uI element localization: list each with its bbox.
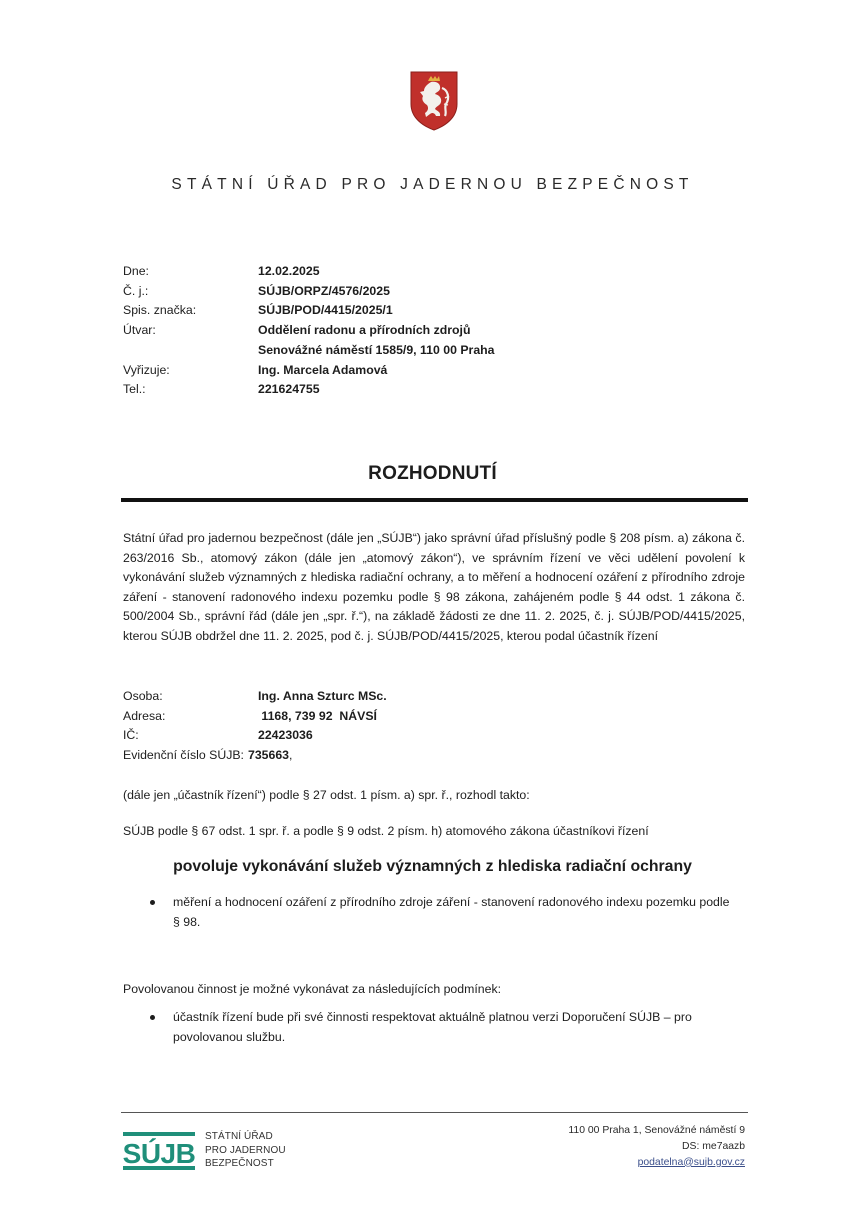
info-row-phone: Tel.: 221624755 — [123, 380, 683, 400]
info-label — [123, 341, 258, 361]
info-label: IČ: — [123, 726, 258, 746]
info-label: Č. j.: — [123, 282, 258, 302]
condition-item-text: účastník řízení bude při své činnosti re… — [173, 1010, 692, 1044]
list-item: měření a hodnocení ozáření z přírodního … — [150, 893, 730, 932]
decided-text: (dále jen „účastník řízení“) podle § 27 … — [123, 786, 745, 806]
intro-paragraph: Státní úřad pro jadernou bezpečnost (dál… — [123, 529, 745, 647]
heading-divider — [121, 498, 748, 502]
office-title: STÁTNÍ ÚŘAD PRO JADERNOU BEZPEČNOST — [0, 176, 865, 194]
conditions-list: účastník řízení bude při své činnosti re… — [150, 1008, 730, 1047]
conditions-intro: Povolovanou činnost je možné vykonávat z… — [123, 980, 745, 1000]
party-registry-number: 735663 — [248, 746, 289, 766]
org-line: BEZPEČNOST — [205, 1157, 286, 1171]
footer-org-name: STÁTNÍ ÚŘAD PRO JADERNOU BEZPEČNOST — [205, 1130, 286, 1171]
info-row-handler: Vyřizuje: Ing. Marcela Adamová — [123, 361, 683, 381]
info-value-handler: Ing. Marcela Adamová — [258, 361, 387, 381]
info-value-department-address: Senovážné náměstí 1585/9, 110 00 Praha — [258, 341, 495, 361]
party-ic: 22423036 — [258, 726, 313, 746]
info-label: Spis. značka: — [123, 301, 258, 321]
document-header-info: Dne: 12.02.2025 Č. j.: SÚJB/ORPZ/4576/20… — [123, 262, 683, 400]
info-label: Dne: — [123, 262, 258, 282]
bullet-icon — [150, 900, 155, 905]
info-label: Adresa: — [123, 707, 258, 727]
sujb-logo-icon: SÚJB — [123, 1132, 195, 1170]
info-value-date: 12.02.2025 — [258, 262, 320, 282]
info-label: Osoba: — [123, 687, 258, 707]
info-value-phone: 221624755 — [258, 380, 320, 400]
info-value-reference: SÚJB/ORPZ/4576/2025 — [258, 282, 390, 302]
bullet-icon — [150, 1015, 155, 1020]
logo-text: SÚJB — [123, 1138, 195, 1169]
permit-item-text: měření a hodnocení ozáření z přírodního … — [173, 895, 729, 929]
info-value-department: Oddělení radonu a přírodních zdrojů — [258, 321, 470, 341]
list-item: účastník řízení bude při své činnosti re… — [150, 1008, 730, 1047]
info-label: Útvar: — [123, 321, 258, 341]
info-row-department-address: Senovážné náměstí 1585/9, 110 00 Praha — [123, 341, 683, 361]
footer-data-box: DS: me7aazb — [480, 1139, 745, 1155]
permit-list: měření a hodnocení ozáření z přírodního … — [150, 893, 730, 932]
info-row-reference: Č. j.: SÚJB/ORPZ/4576/2025 — [123, 282, 683, 302]
footer-address: 110 00 Praha 1, Senovážné náměstí 9 — [480, 1123, 745, 1139]
footer-email-link[interactable]: podatelna@sujb.gov.cz — [638, 1157, 745, 1168]
info-row-department: Útvar: Oddělení radonu a přírodních zdro… — [123, 321, 683, 341]
decision-heading: ROZHODNUTÍ — [0, 463, 865, 485]
permits-heading: povoluje vykonávání služeb významných z … — [0, 858, 865, 876]
info-row-date: Dne: 12.02.2025 — [123, 262, 683, 282]
basis-text: SÚJB podle § 67 odst. 1 spr. ř. a podle … — [123, 822, 745, 842]
party-info: Osoba: Ing. Anna Szturc MSc. Adresa: 116… — [123, 687, 683, 766]
registry-number-suffix: , — [289, 746, 292, 766]
footer-contact: 110 00 Praha 1, Senovážné náměstí 9 DS: … — [480, 1123, 745, 1170]
org-line: STÁTNÍ ÚŘAD — [205, 1130, 286, 1144]
org-line: PRO JADERNOU — [205, 1144, 286, 1158]
party-row-person: Osoba: Ing. Anna Szturc MSc. — [123, 687, 683, 707]
party-person: Ing. Anna Szturc MSc. — [258, 687, 387, 707]
party-row-ic: IČ: 22423036 — [123, 726, 683, 746]
info-label: Vyřizuje: — [123, 361, 258, 381]
info-row-file-mark: Spis. značka: SÚJB/POD/4415/2025/1 — [123, 301, 683, 321]
party-address: 1168, 739 92 NÁVSÍ — [258, 707, 377, 727]
info-label: Tel.: — [123, 380, 258, 400]
party-row-address: Adresa: 1168, 739 92 NÁVSÍ — [123, 707, 683, 727]
coat-of-arms-icon — [409, 70, 459, 132]
info-label: Evidenční číslo SÚJB: — [123, 746, 244, 766]
info-value-file-mark: SÚJB/POD/4415/2025/1 — [258, 301, 393, 321]
party-row-registry-number: Evidenční číslo SÚJB: 735663, — [123, 746, 683, 766]
footer-divider — [121, 1112, 748, 1113]
